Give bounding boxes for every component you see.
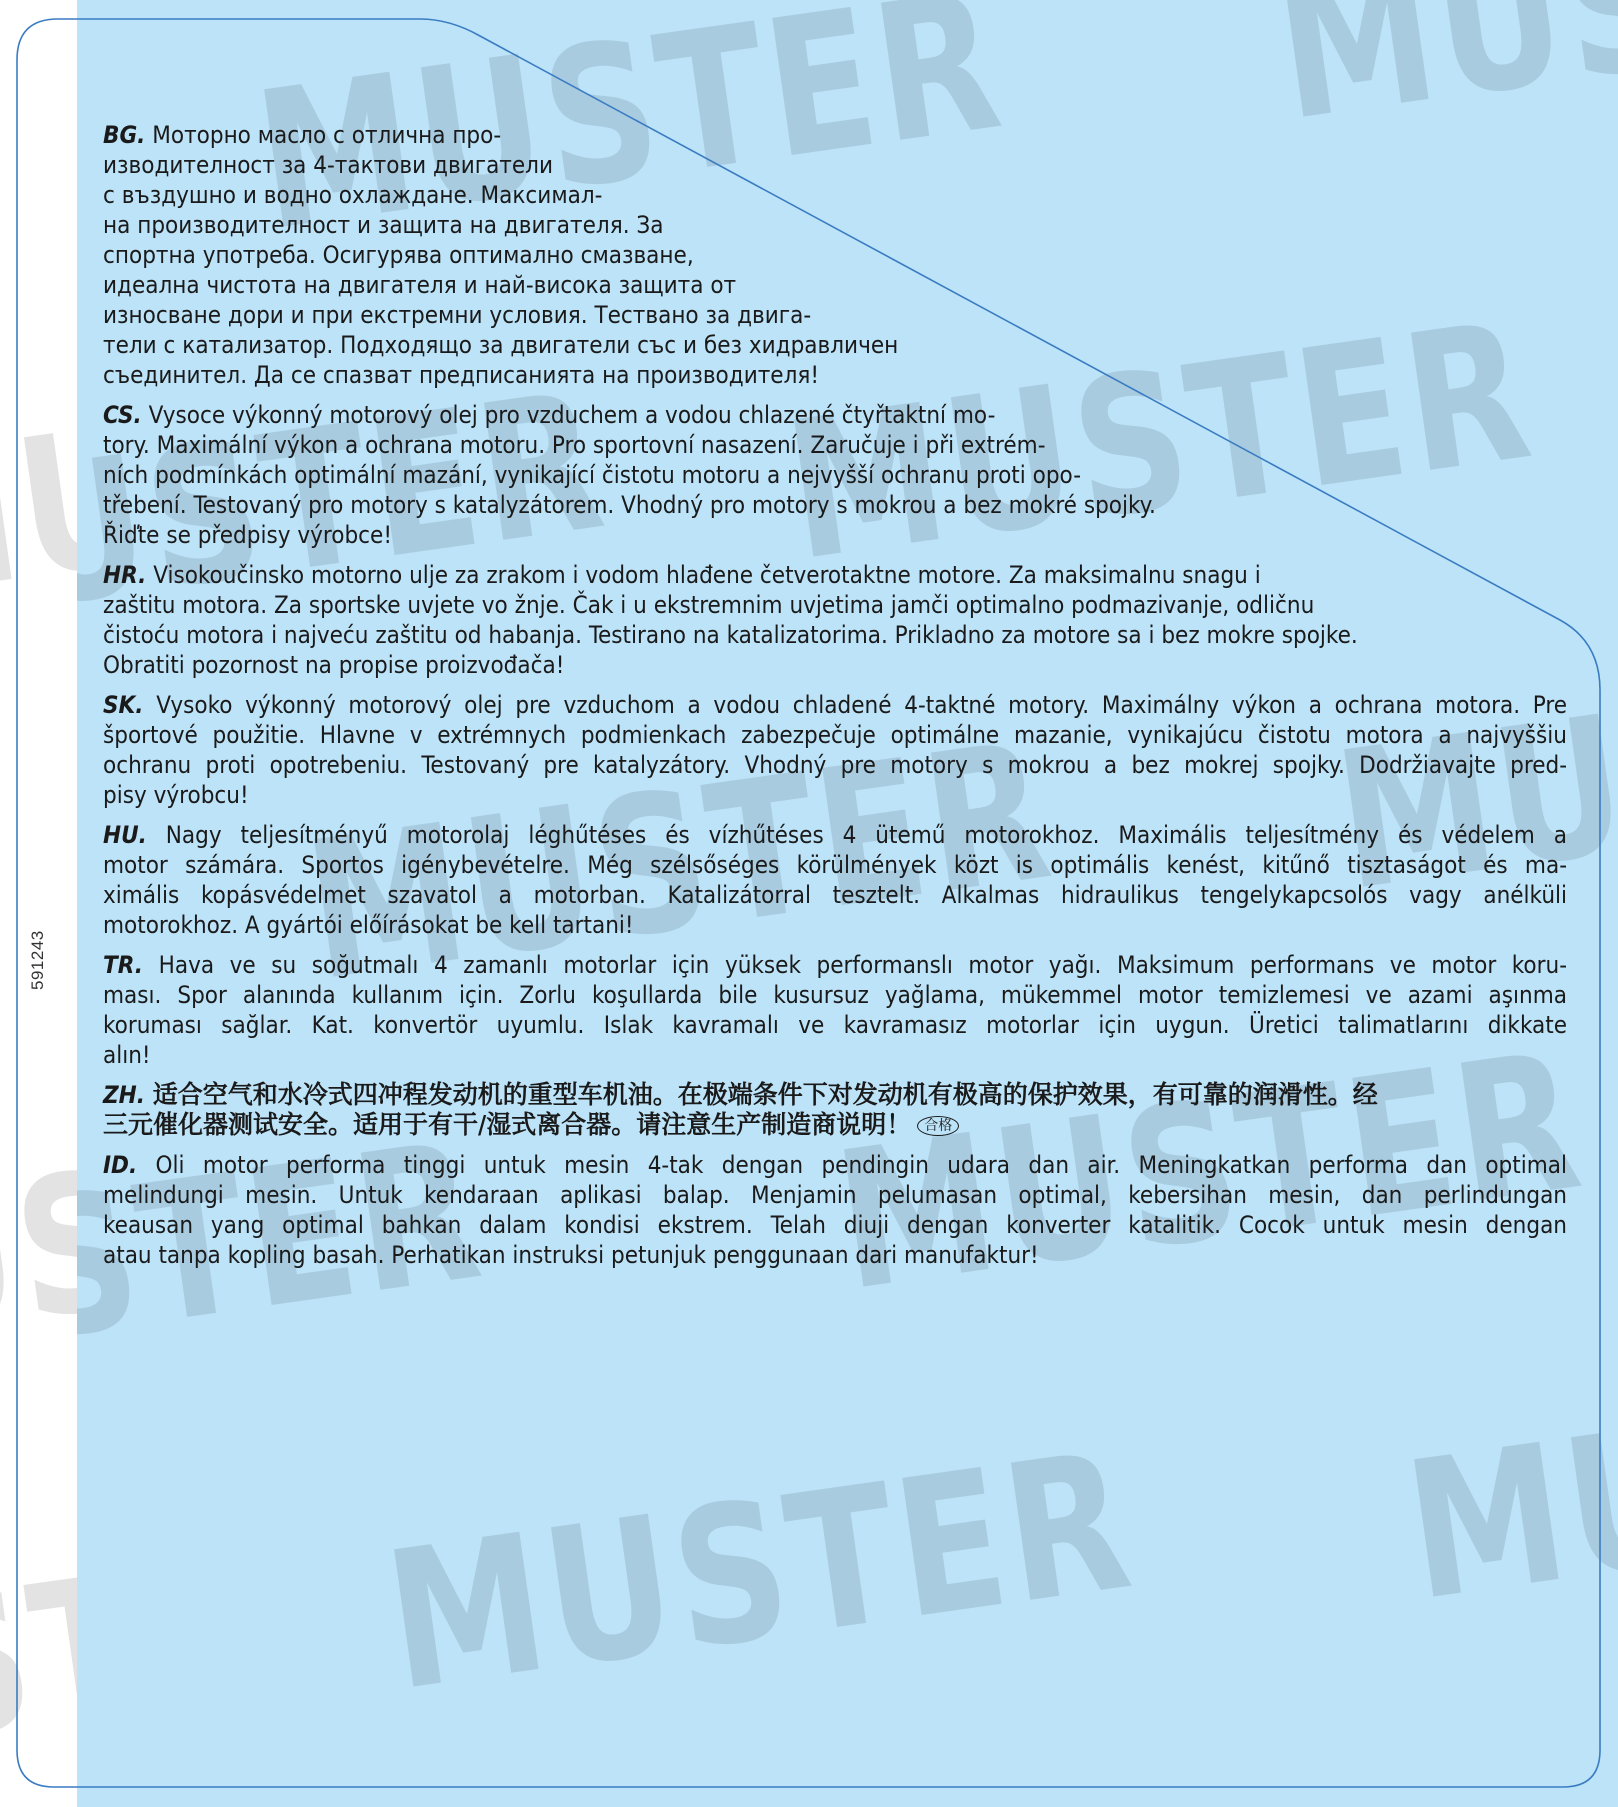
text-line: ochranu proti opotrebeniu. Testovaný pre…: [103, 750, 1567, 780]
paragraph-cs: CS. Vysoce výkonný motorový olej pro vzd…: [103, 400, 1567, 550]
text-line: koruması sağlar. Kat. konvertör uyumlu. …: [103, 1010, 1567, 1040]
text-line: motorokhoz. A gyártói előírásokat be kel…: [103, 910, 1567, 940]
text-line: съединител. Да се спазват предписанията …: [103, 360, 1567, 390]
text-line: идеална чистота на двигателя и най-висок…: [103, 270, 1567, 300]
language-code: ZH.: [103, 1081, 145, 1109]
text-line: HR. Visokoučinsko motorno ulje za zrakom…: [103, 560, 1567, 590]
paragraph-hr: HR. Visokoučinsko motorno ulje za zrakom…: [103, 560, 1567, 680]
text-line: zaštitu motora. Za sportske uvjete vo žn…: [103, 590, 1567, 620]
text-line: спортна употреба. Осигурява оптимално см…: [103, 240, 1567, 270]
text-line: TR. Hava ve su soğutmalı 4 zamanlı motor…: [103, 950, 1567, 980]
text-line: tory. Maximální výkon a ochrana motoru. …: [103, 430, 1567, 460]
text-line: športové použitie. Hlavne v extrémnych p…: [103, 720, 1567, 750]
text-line: Řiďte se předpisy výrobce!: [103, 520, 1567, 550]
qualified-seal-icon: 合格: [917, 1116, 959, 1136]
watermark: MUSTER: [0, 336, 77, 628]
text-line: pisy výrobcu!: [103, 780, 1567, 810]
text-line: ních podmínkách optimální mazání, vynika…: [103, 460, 1567, 490]
language-code: CS.: [103, 401, 142, 429]
paragraph-hu: HU. Nagy teljesítményű motorolaj léghűté…: [103, 820, 1567, 940]
language-code: SK.: [103, 691, 144, 719]
text-line: CS. Vysoce výkonný motorový olej pro vzd…: [103, 400, 1567, 430]
paragraph-tr: TR. Hava ve su soğutmalı 4 zamanlı motor…: [103, 950, 1567, 1070]
language-code: TR.: [103, 951, 143, 979]
watermark: MUSTER: [0, 1516, 77, 1807]
text-line: тели с катализатор. Подходящо за двигате…: [103, 330, 1567, 360]
text-line: ximális kopásvédelmet szavatol a motorba…: [103, 880, 1567, 910]
text-line: čistoću motora i najveću zaštitu od haba…: [103, 620, 1567, 650]
watermark: MUSTER: [377, 1426, 1142, 1718]
text-line: износване дори и при екстремни условия. …: [103, 300, 1567, 330]
text-line: изводителност за 4-тактови двигатели: [103, 150, 1567, 180]
text-line: třebení. Testovaný pro motory s katalyzá…: [103, 490, 1567, 520]
text-line: keausan yang optimal bahkan dalam kondis…: [103, 1210, 1567, 1240]
text-line: 三元催化器测试安全。适用于有干/湿式离合器。请注意生产制造商说明！合格: [103, 1110, 1567, 1140]
article-number: 591243: [28, 930, 48, 990]
watermark: MUSTER: [1397, 1336, 1618, 1628]
text-line: ması. Spor alanında kullanım için. Zorlu…: [103, 980, 1567, 1010]
paragraph-bg: BG. Моторно масло с отлична про-изводите…: [103, 120, 1567, 390]
text-line: alın!: [103, 1040, 1567, 1070]
language-code: HR.: [103, 561, 146, 589]
language-code: HU.: [103, 821, 147, 849]
text-line: с въздушно и водно охлаждане. Максимал-: [103, 180, 1567, 210]
paragraph-zh: ZH. 适合空气和水冷式四冲程发动机的重型车机油。在极端条件下对发动机有极高的保…: [103, 1080, 1567, 1140]
text-line: ZH. 适合空气和水冷式四冲程发动机的重型车机油。在极端条件下对发动机有极高的保…: [103, 1080, 1567, 1110]
language-code: ID.: [103, 1151, 137, 1179]
text-line: melindungi mesin. Untuk kendaraan aplika…: [103, 1180, 1567, 1210]
text-line: motor számára. Sportos igénybevételre. M…: [103, 850, 1567, 880]
text-line: Obratiti pozornost na propise proizvođač…: [103, 650, 1567, 680]
product-description: BG. Моторно масло с отлична про-изводите…: [103, 120, 1567, 1280]
text-line: HU. Nagy teljesítményű motorolaj léghűté…: [103, 820, 1567, 850]
watermark: MUSTER: [0, 1096, 77, 1388]
language-code: BG.: [103, 121, 145, 149]
paragraph-sk: SK. Vysoko výkonný motorový olej pre vzd…: [103, 690, 1567, 810]
watermark-layer-left: MUSTER MUSTER MUSTER: [0, 0, 77, 1807]
text-line: BG. Моторно масло с отлична про-: [103, 120, 1567, 150]
text-line: на производителност и защита на двигател…: [103, 210, 1567, 240]
paragraph-id: ID. Oli motor performa tinggi untuk mesi…: [103, 1150, 1567, 1270]
text-line: atau tanpa kopling basah. Perhatikan ins…: [103, 1240, 1567, 1270]
text-line: ID. Oli motor performa tinggi untuk mesi…: [103, 1150, 1567, 1180]
text-line: SK. Vysoko výkonný motorový olej pre vzd…: [103, 690, 1567, 720]
